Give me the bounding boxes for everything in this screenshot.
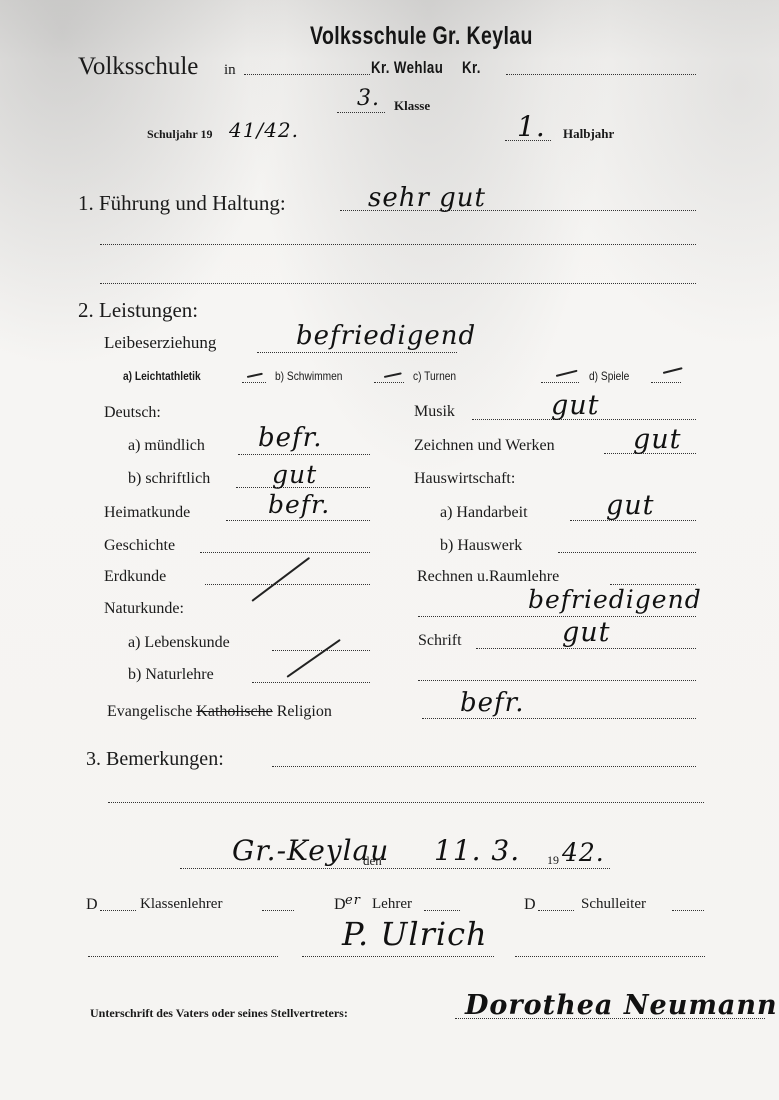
subject-housework-label: b) Hauswerk bbox=[440, 537, 522, 555]
year-label: Schuljahr 19 bbox=[147, 127, 212, 142]
conduct-label: 1. Führung und Haltung: bbox=[78, 191, 286, 216]
subject-german-written-label: b) schriftlich bbox=[128, 470, 210, 488]
subject-handwriting-value: gut bbox=[562, 617, 611, 648]
sport-value: befriedigend bbox=[296, 321, 476, 351]
religion-label: Evangelische Katholische Religion bbox=[107, 703, 332, 721]
place-date-line bbox=[180, 868, 610, 869]
sport-sub-swimming-line bbox=[374, 382, 404, 383]
sport-sub-gymnastics-dash bbox=[556, 370, 578, 377]
subject-local-history-label: Heimatkunde bbox=[104, 504, 190, 522]
history-geography-strike bbox=[251, 557, 310, 602]
class-value: 3. bbox=[357, 86, 380, 111]
religion-label-suffix: Religion bbox=[277, 703, 332, 720]
principal-signature-line bbox=[515, 956, 705, 957]
date-value: 11. 3. bbox=[434, 834, 520, 867]
subject-geography-line bbox=[205, 584, 370, 585]
subject-german-label: Deutsch: bbox=[104, 404, 161, 422]
religion-line bbox=[422, 718, 696, 719]
half-value: 1. bbox=[517, 110, 546, 143]
subject-history-line bbox=[200, 552, 370, 553]
subject-life-science-label: a) Lebenskunde bbox=[128, 634, 230, 652]
subject-needlework-label: a) Handarbeit bbox=[440, 504, 528, 522]
subject-geography-label: Erdkunde bbox=[104, 568, 166, 586]
sport-sub-swimming-label: b) Schwimmen bbox=[275, 369, 342, 383]
subject-music-value: gut bbox=[551, 390, 600, 421]
subject-art-label: Zeichnen und Werken bbox=[414, 437, 555, 455]
subject-math-label: Rechnen u.Raumlehre bbox=[417, 568, 559, 586]
sport-sub-games-label: d) Spiele bbox=[589, 369, 629, 383]
teacher-fill: er bbox=[345, 893, 361, 908]
subject-home-economics-label: Hauswirtschaft: bbox=[414, 470, 515, 488]
sport-label: Leibeserziehung bbox=[104, 333, 216, 353]
subject-physics-label: b) Naturlehre bbox=[128, 666, 214, 684]
sport-sub-athletics-line bbox=[242, 382, 266, 383]
class-label: Klasse bbox=[394, 98, 430, 114]
right-column-blank-line bbox=[418, 680, 696, 681]
school-line-1 bbox=[244, 74, 370, 75]
parent-signature-label: Unterschrift des Vaters oder seines Stel… bbox=[90, 1006, 348, 1021]
conduct-line-2 bbox=[100, 244, 696, 245]
teacher-prefix: D bbox=[334, 896, 346, 914]
district-suffix: Kr. bbox=[462, 58, 481, 78]
remarks-line-1 bbox=[272, 766, 696, 767]
subject-german-oral-label: a) mündlich bbox=[128, 437, 205, 455]
school-in-label: in bbox=[224, 62, 236, 79]
remarks-line-2 bbox=[108, 802, 704, 803]
subject-housework-line bbox=[558, 552, 696, 553]
life-physics-strike bbox=[286, 639, 340, 678]
subject-music-label: Musik bbox=[414, 403, 455, 421]
sport-sub-gymnastics-label: c) Turnen bbox=[413, 369, 456, 383]
class-teacher-prefix-line bbox=[100, 910, 136, 911]
year-prefix: 19 bbox=[547, 853, 559, 868]
teacher-signature-line bbox=[302, 956, 494, 957]
conduct-line-3 bbox=[100, 283, 696, 284]
subject-art-value: gut bbox=[633, 424, 682, 455]
teacher-label: Lehrer bbox=[372, 896, 412, 913]
subject-local-history-line bbox=[226, 520, 370, 521]
sport-sub-athletics-dash bbox=[247, 373, 263, 378]
year-suffix-value: 42. bbox=[562, 838, 605, 867]
subject-math-line-2 bbox=[418, 616, 696, 617]
den-label: den bbox=[363, 853, 382, 869]
subject-needlework-value: gut bbox=[606, 490, 655, 521]
subject-handwriting-label: Schrift bbox=[418, 632, 462, 650]
subject-handwriting-line bbox=[476, 648, 696, 649]
sport-sub-athletics-label: a) Leichtathletik bbox=[123, 369, 201, 383]
principal-label: Schulleiter bbox=[581, 896, 646, 913]
school-stamp: Volksschule Gr. Keylau bbox=[310, 22, 533, 51]
sport-sub-gymnastics-line bbox=[541, 382, 579, 383]
principal-prefix: D bbox=[524, 896, 536, 914]
subject-local-history-value: befr. bbox=[268, 490, 330, 519]
sport-line bbox=[257, 352, 457, 353]
subject-german-written-value: gut bbox=[272, 460, 317, 489]
class-teacher-signature-line bbox=[88, 956, 278, 957]
sport-sub-games-line bbox=[651, 382, 681, 383]
class-teacher-suffix-line bbox=[262, 910, 294, 911]
class-line bbox=[337, 112, 385, 113]
performance-label: 2. Leistungen: bbox=[78, 298, 198, 323]
subject-history-label: Geschichte bbox=[104, 537, 175, 555]
class-teacher-prefix: D bbox=[86, 896, 98, 914]
principal-prefix-line bbox=[538, 910, 574, 911]
religion-value: befr. bbox=[460, 688, 525, 718]
report-card-page: Volksschule Gr. Keylau Volksschule in Kr… bbox=[0, 0, 779, 1100]
subject-german-oral-line bbox=[238, 454, 370, 455]
school-label: Volksschule bbox=[78, 53, 198, 81]
subject-math-value: befriedigend bbox=[528, 585, 702, 614]
year-value: 41/42. bbox=[229, 118, 299, 142]
school-line-2 bbox=[506, 74, 696, 75]
religion-label-catholic-struck: Katholische bbox=[196, 703, 272, 720]
subject-physics-line bbox=[252, 682, 370, 683]
subject-nature-label: Naturkunde: bbox=[104, 600, 184, 618]
teacher-suffix-line bbox=[424, 910, 460, 911]
teacher-signature: P. Ulrich bbox=[342, 915, 488, 953]
half-label: Halbjahr bbox=[563, 126, 614, 142]
parent-signature: Dorothea Neumann bbox=[465, 990, 778, 1021]
district-stamp: Kr. Wehlau bbox=[371, 58, 443, 78]
conduct-value: sehr gut bbox=[368, 183, 486, 213]
sport-sub-games-dash bbox=[663, 367, 683, 374]
sport-sub-swimming-dash bbox=[384, 372, 402, 378]
subject-german-oral-value: befr. bbox=[258, 423, 323, 453]
class-teacher-label: Klassenlehrer bbox=[140, 896, 222, 913]
remarks-label: 3. Bemerkungen: bbox=[86, 748, 224, 771]
principal-suffix-line bbox=[672, 910, 704, 911]
religion-label-evangelical: Evangelische bbox=[107, 703, 192, 720]
